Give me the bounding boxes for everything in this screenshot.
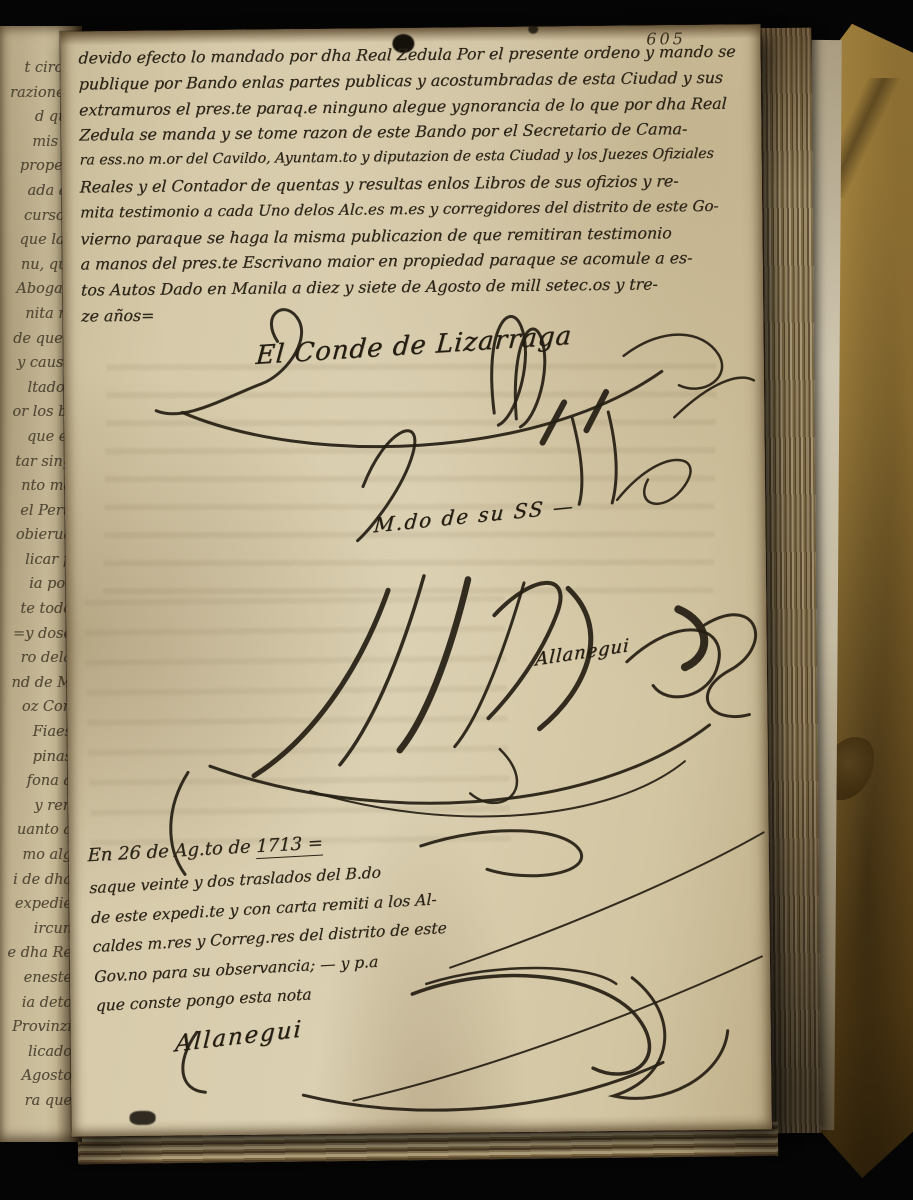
manuscript-photo: t circurazionesd quimis hpropeuada alcur… bbox=[0, 0, 913, 1200]
closing-note-block: En 26 de Ag.to de 1713 = saque veinte y … bbox=[87, 826, 451, 1021]
closing-note-flourish bbox=[421, 828, 766, 986]
governor-signature-flourish bbox=[155, 305, 723, 449]
notary-signature-flourish bbox=[208, 572, 757, 819]
manuscript-page: 605 devido efecto lo mandado por dha Rea… bbox=[60, 24, 772, 1136]
closing-note-lines: saque veinte y dos traslados del B.dode … bbox=[89, 855, 451, 1021]
closing-note-date-value: 1713 = bbox=[256, 832, 323, 859]
